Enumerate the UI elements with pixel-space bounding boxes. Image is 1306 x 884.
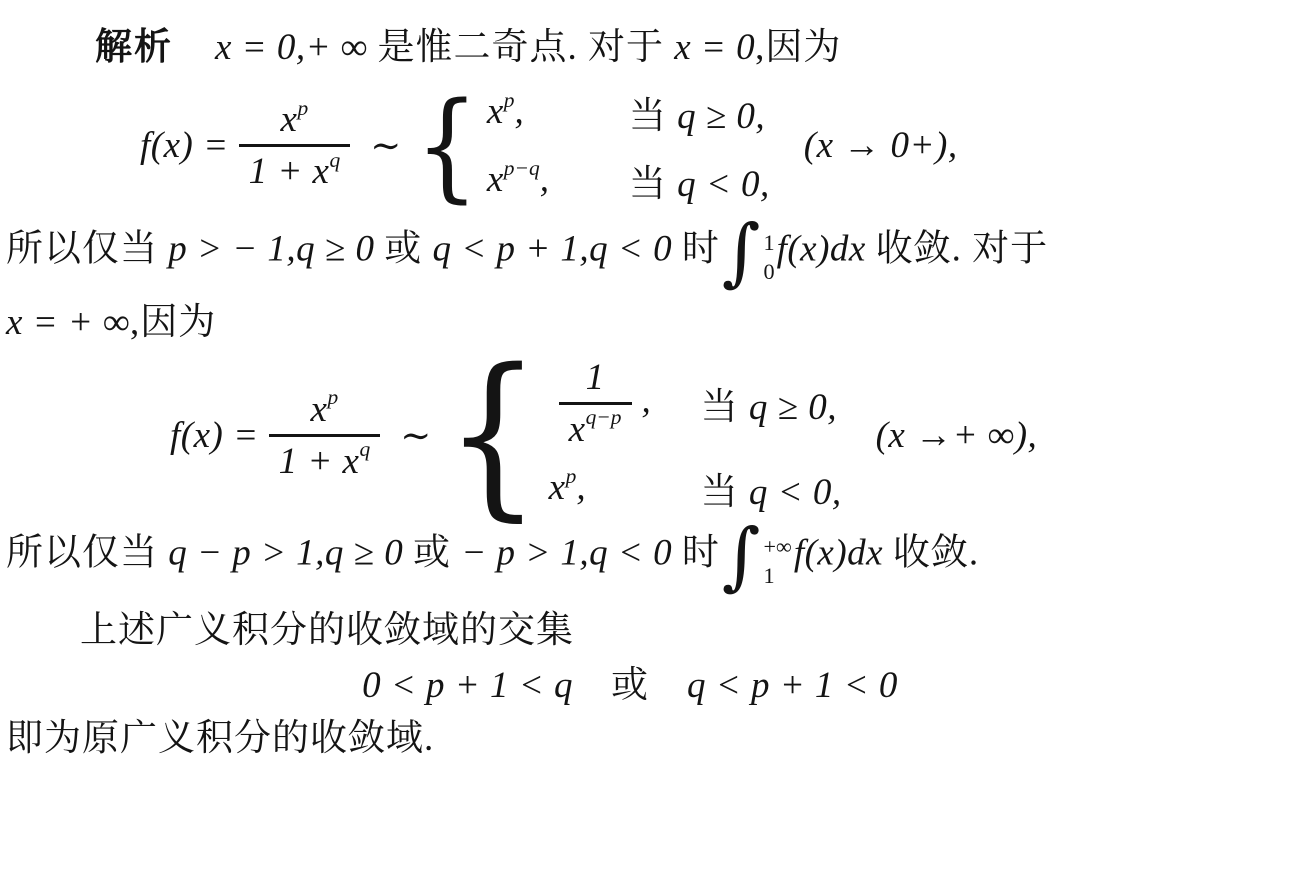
integral-1-to-infinity: ∫+∞1 [722, 521, 792, 591]
upper-limit: +∞ [763, 532, 791, 561]
text-run: 是惟二奇点. 对于 [378, 27, 675, 68]
integral-0-to-1: ∫10 [722, 217, 775, 287]
limit-annotation: (x → 0+), [804, 124, 958, 167]
case2-condition: 当 q < 0, [629, 153, 770, 207]
body-line-x-infinity: x = + ∞,因为 [6, 299, 1306, 348]
text-run: q ≥ 0, [677, 96, 765, 137]
tilde-operator: ∼ [400, 414, 431, 457]
formula1-lhs: f(x) = [140, 124, 229, 167]
result-inequality-line: 0 < p + 1 < q或q < p + 1 < 0 [0, 662, 1260, 711]
num-exponent: p [327, 385, 338, 409]
cases-brace: { [415, 93, 479, 199]
text-run: f(x)dx [777, 228, 876, 269]
conclusion-line: 即为原广义积分的收敛域. [6, 715, 1306, 764]
case1-frac-num: 1 [559, 356, 632, 405]
case1-condition: 当 q ≥ 0, [629, 85, 765, 139]
formula2-fraction: xp 1 + xq [269, 388, 381, 483]
text-run: 当 [629, 164, 677, 205]
case2-comma: , [576, 467, 586, 508]
text-run: 时 [682, 228, 720, 269]
formula1-fraction: xp 1 + xq [239, 98, 351, 193]
case2-exponent: p−q [504, 156, 540, 180]
case1-condition: 当 q ≥ 0, [701, 376, 837, 430]
cases-column: 1xq−p, 当 q ≥ 0, xp, 当 q < 0, [549, 356, 842, 515]
intro-text: x = 0,+ ∞ 是惟二奇点. 对于 x = 0,因为 [215, 27, 841, 68]
fraction-denominator: 1 + xq [269, 437, 381, 483]
text-run: 所以仅当 [6, 533, 168, 574]
formula2-lhs: f(x) = [170, 414, 259, 457]
case2-exponent: p [566, 464, 577, 488]
case1-num: 1 [586, 357, 605, 398]
text-run: 当 [629, 96, 677, 137]
case2-condition: 当 q < 0, [701, 461, 842, 515]
display-formula-2: f(x) = xp 1 + xq ∼ { 1xq−p, 当 q ≥ 0, xp,… [170, 356, 1306, 515]
fraction-numerator: xp [239, 98, 351, 147]
lower-limit: 1 [763, 561, 791, 590]
text-run: ,因为 [755, 27, 841, 68]
fraction-numerator: xp [269, 388, 381, 437]
den-exponent: q [359, 437, 370, 461]
body-line-convergence-at-infinity: 所以仅当 q − p > 1,q ≥ 0 或 − p > 1,q < 0 时∫+… [6, 521, 1306, 591]
case1-den-base: x [569, 409, 586, 450]
case1-comma: , [642, 380, 652, 421]
case2-base: x [549, 467, 566, 508]
line6-text-a: 所以仅当 q − p > 1,q ≥ 0 或 − p > 1,q < 0 时 [6, 533, 720, 574]
text-run: f(x)dx [794, 533, 893, 574]
integral-limits: 10 [763, 228, 774, 277]
cases-column: xp, 当 q ≥ 0, xp−q, 当 q < 0, [487, 85, 770, 207]
case1-value: xp, [487, 90, 629, 133]
case1-den-exponent: q−p [586, 405, 622, 429]
text-run: 时 [682, 533, 720, 574]
fraction-denominator: 1 + xq [239, 147, 351, 193]
or-word: 或 [611, 665, 649, 706]
intersection-intro-line: 上述广义积分的收敛域的交集 [80, 607, 1306, 656]
line3-text-b: f(x)dx 收敛. 对于 [777, 228, 1049, 269]
text-run: x = + ∞ [6, 302, 130, 343]
text-run: 当 [701, 387, 749, 428]
case2-base: x [487, 159, 504, 200]
text-run: q < p + 1,q < 0 [433, 228, 682, 269]
solution-intro-line: 解析x = 0,+ ∞ 是惟二奇点. 对于 x = 0,因为 [95, 24, 1306, 73]
num-base: x [281, 99, 298, 140]
den-base: 1 + x [279, 441, 360, 482]
inequality-left: 0 < p + 1 < q [362, 665, 573, 706]
text-run: q ≥ 0, [749, 387, 837, 428]
num-exponent: p [297, 96, 308, 120]
text-run: p > − 1,q ≥ 0 [168, 228, 384, 269]
text-run: 或 [413, 533, 461, 574]
text-run: ,因为 [130, 302, 216, 343]
text-run: − p > 1,q < 0 [461, 533, 682, 574]
inequality-right: q < p + 1 < 0 [687, 665, 898, 706]
num-base: x [311, 389, 328, 430]
integral-limits: +∞1 [763, 532, 791, 581]
lower-limit: 0 [763, 257, 774, 286]
text-run: x = 0,+ ∞ [215, 27, 378, 68]
line6-text-b: f(x)dx 收敛. [794, 533, 979, 574]
case1-fraction: 1xq−p [559, 356, 632, 451]
text-run: q < 0, [677, 164, 770, 205]
text-run: 所以仅当 [6, 228, 168, 269]
cases-brace: { [445, 356, 540, 515]
case-row-2: xp, 当 q < 0, [549, 461, 842, 515]
case1-base: x [487, 91, 504, 132]
line3-text-a: 所以仅当 p > − 1,q ≥ 0 或 q < p + 1,q < 0 时 [6, 228, 720, 269]
text-run: q − p > 1,q ≥ 0 [168, 533, 413, 574]
case2-value: xp, [549, 466, 701, 509]
integral-icon: ∫ [722, 217, 761, 287]
body-line-convergence-at-0: 所以仅当 p > − 1,q ≥ 0 或 q < p + 1,q < 0 时∫1… [6, 217, 1306, 287]
limit-annotation: (x →+ ∞), [876, 414, 1038, 457]
solution-label: 解析 [95, 27, 173, 68]
integral-icon: ∫ [722, 521, 761, 591]
text-run: 收敛. 对于 [876, 228, 1049, 269]
line9-text: 即为原广义积分的收敛域. [6, 718, 434, 759]
text-run: x = 0 [674, 27, 755, 68]
text-run: 当 [701, 472, 749, 513]
case2-value: xp−q, [487, 158, 629, 201]
text-run: q < 0, [749, 472, 842, 513]
line4-text: x = + ∞,因为 [6, 302, 216, 343]
case1-frac-den: xq−p [559, 405, 632, 451]
upper-limit: 1 [763, 228, 774, 257]
case1-value: 1xq−p, [549, 356, 701, 451]
case2-comma: , [540, 159, 550, 200]
den-exponent: q [329, 148, 340, 172]
case-row-2: xp−q, 当 q < 0, [487, 153, 770, 207]
case1-exponent: p [504, 88, 515, 112]
line7-text: 上述广义积分的收敛域的交集 [80, 610, 574, 651]
scanned-math-document: 解析x = 0,+ ∞ 是惟二奇点. 对于 x = 0,因为 f(x) = xp… [0, 0, 1306, 884]
case-row-1: xp, 当 q ≥ 0, [487, 85, 770, 139]
text-run: 收敛. [893, 533, 979, 574]
den-base: 1 + x [249, 151, 330, 192]
text-run: 或 [384, 228, 432, 269]
tilde-operator: ∼ [370, 124, 401, 167]
display-formula-1: f(x) = xp 1 + xq ∼ { xp, 当 q ≥ 0, xp−q, … [140, 85, 1306, 207]
case-row-1: 1xq−p, 当 q ≥ 0, [549, 356, 842, 451]
case1-comma: , [515, 91, 525, 132]
